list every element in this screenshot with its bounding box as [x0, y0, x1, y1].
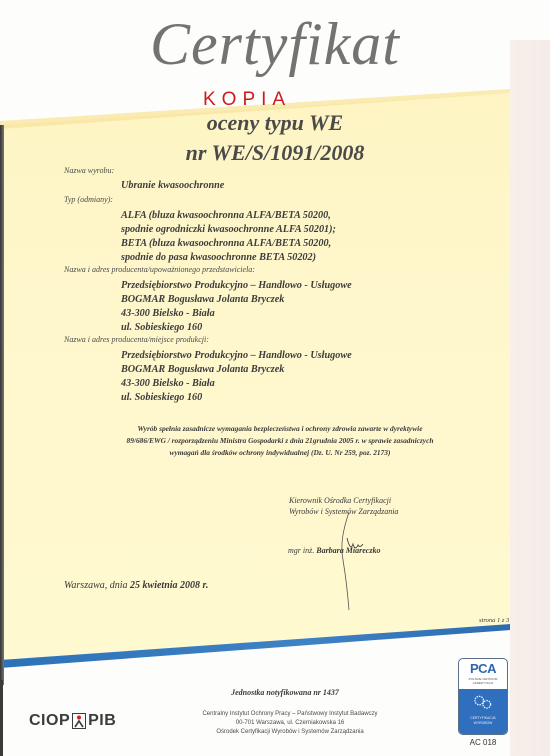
- production-place-line: ul. Sobieskiego 160: [121, 391, 202, 405]
- certificate-number: nr WE/S/1091/2008: [0, 140, 550, 166]
- institution-address: Centralny Instytut Ochrony Pracy – Państ…: [180, 710, 400, 737]
- signatory-prefix: mgr inż.: [288, 546, 314, 555]
- representative-label: Nazwa i adres producenta/upoważnionego p…: [64, 265, 255, 274]
- type-line: BETA (bluza kwasoochronna ALFA/BETA 5020…: [121, 237, 331, 251]
- institution-line: Centralny Instytut Ochrony Pracy – Państ…: [180, 710, 400, 719]
- representative-line: ul. Sobieskiego 160: [121, 321, 202, 335]
- representative-line: BOGMAR Bogusława Jolanta Bryczek: [121, 293, 284, 307]
- statement-line: 89/686/EWG / rozporządzeniu Ministra Gos…: [60, 435, 500, 447]
- pca-logo-text: PCA: [459, 659, 507, 677]
- certificate-subtitle: oceny typu WE: [0, 110, 550, 136]
- institution-line: Ośrodek Certyfikacji Wyrobów i Systemów …: [180, 728, 400, 737]
- signatory-title-line: Kierownik Ośrodka Certyfikacji: [289, 495, 398, 506]
- certificate-page: Certyfikat KOPIA oceny typu WE nr WE/S/1…: [0, 0, 550, 756]
- copy-stamp: KOPIA: [203, 89, 291, 111]
- gears-icon: [468, 689, 498, 711]
- handwritten-signature-icon: [335, 510, 375, 620]
- compliance-statement: Wyrób spełnia zasadnicze wymagania bezpi…: [60, 423, 500, 459]
- production-place-line: Przedsiębiorstwo Produkcyjno – Handlowo …: [121, 349, 352, 363]
- signatory-name: mgr inż. Barbara Miareczko: [288, 546, 380, 555]
- production-place-line: BOGMAR Bogusława Jolanta Bryczek: [121, 363, 284, 377]
- page-number: strona 1 z 3: [479, 617, 509, 624]
- person-figure-icon: [72, 713, 86, 729]
- representative-line: 43-300 Bielsko - Biała: [121, 307, 215, 321]
- statement-line: wymagań dla środków ochrony indywidualne…: [60, 447, 500, 459]
- ciop-pib-logo: CIOP PIB: [29, 712, 116, 730]
- place-and-date: Warszawa, dnia 25 kwietnia 2008 r.: [64, 580, 208, 591]
- pca-org-line: AKREDYTACJI: [459, 681, 507, 685]
- type-line: spodnie ogrodniczki kwasoochronne ALFA 5…: [121, 223, 336, 237]
- statement-line: Wyrób spełnia zasadnicze wymagania bezpi…: [60, 423, 500, 435]
- product-name-value: Ubranie kwasoochronne: [121, 179, 224, 193]
- accreditation-code: AC 018: [458, 738, 508, 747]
- institution-line: 00-701 Warszawa, ul. Czerniakowska 16: [180, 719, 400, 728]
- pca-accreditation-badge: PCA POLSKIE CENTRUM AKREDYTACJI CERTYFIK…: [458, 658, 508, 735]
- signatory-name-text: Barbara Miareczko: [316, 546, 380, 555]
- production-place-line: 43-300 Bielsko - Biała: [121, 377, 215, 391]
- issue-date: 25 kwietnia 2008 r.: [130, 580, 208, 591]
- type-line: spodnie do pasa kwasoochronne BETA 50202…: [121, 251, 316, 265]
- product-name-label: Nazwa wyrobu:: [64, 166, 114, 175]
- logo-right-text: PIB: [88, 712, 116, 730]
- place-prefix: Warszawa, dnia: [64, 580, 128, 591]
- certificate-title: Certyfikat: [0, 10, 550, 79]
- type-label: Typ (odmiany):: [64, 195, 113, 204]
- representative-line: Przedsiębiorstwo Produkcyjno – Handlowo …: [121, 279, 352, 293]
- pca-scope-line: WYROBÓW: [459, 721, 507, 726]
- scan-edge-shadow: [0, 125, 4, 685]
- production-place-label: Nazwa i adres producenta/miejsce produkc…: [64, 335, 209, 344]
- logo-left-text: CIOP: [29, 712, 70, 730]
- type-line: ALFA (bluza kwasoochronna ALFA/BETA 5020…: [121, 209, 331, 223]
